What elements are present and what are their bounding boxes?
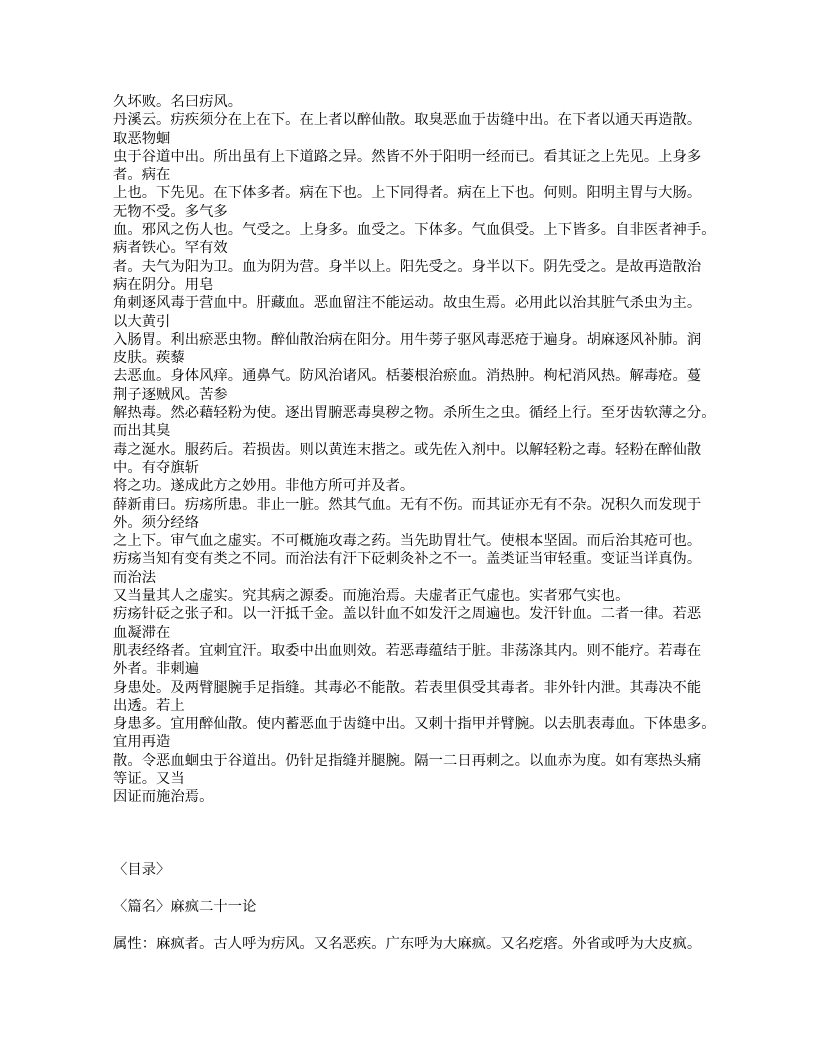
text-line: 散。令恶血蛔虫于谷道出。仍针足指缝并腿腕。隔一二日再刺之。以血赤为度。如有寒热头…: [113, 752, 753, 770]
text-line: 上也。下先见。在下体多者。病在下也。上下同得者。病在上下也。何则。阳明主胃与大肠…: [113, 184, 753, 202]
text-line: 外。须分经络: [113, 514, 753, 532]
section-gap: [113, 807, 753, 862]
text-line: 久坏败。名曰疠风。: [113, 93, 753, 111]
text-line: 因证而施治焉。: [113, 788, 753, 806]
toc-marker: 〈目录〉: [113, 861, 753, 879]
document-page: 久坏败。名曰疠风。丹溪云。疠疾须分在上在下。在上者以醉仙散。取臭恶血于齿缝中出。…: [113, 93, 753, 953]
text-line: 等证。又当: [113, 770, 753, 788]
text-line: 而治法: [113, 569, 753, 587]
text-line: 丹溪云。疠疾须分在上在下。在上者以醉仙散。取臭恶血于齿缝中出。在下者以通天再造散…: [113, 111, 753, 129]
text-line: 疠疡针砭之张子和。以一汗抵千金。盖以针血不如发汗之周遍也。发汗针血。二者一律。若…: [113, 605, 753, 623]
text-line: 血凝滞在: [113, 624, 753, 642]
text-line: 肌表经络者。宜刺宜汗。取委中出血则效。若恶毒蕴结于脏。非荡涤其内。则不能疗。若毒…: [113, 642, 753, 660]
text-line: 宜用再造: [113, 733, 753, 751]
text-line: 去恶血。身体风痒。通鼻气。防风治诸风。栝蒌根治瘀血。消热肿。枸杞消风热。解毒疮。…: [113, 367, 753, 385]
text-line: 荆子逐贼风。苦参: [113, 386, 753, 404]
text-line: 虫于谷道中出。所出虽有上下道路之异。然皆不外于阳明一经而已。看其证之上先见。上身…: [113, 148, 753, 166]
text-line: 外者。非刺遍: [113, 660, 753, 678]
document-body: 久坏败。名曰疠风。丹溪云。疠疾须分在上在下。在上者以醉仙散。取臭恶血于齿缝中出。…: [113, 93, 753, 807]
line-gap: [113, 880, 753, 898]
text-line: 者。夫气为阳为卫。血为阴为营。身半以上。阳先受之。身半以下。阴先受之。是故再造散…: [113, 258, 753, 276]
text-line: 毒之涎水。服药后。若损齿。则以黄连末揩之。或先佐入剂中。以解轻粉之毒。轻粉在醉仙…: [113, 441, 753, 459]
text-line: 取恶物蛔: [113, 130, 753, 148]
text-line: 而出其臭: [113, 422, 753, 440]
text-line: 者。病在: [113, 166, 753, 184]
text-line: 薛新甫曰。疠疡所患。非止一脏。然其气血。无有不伤。而其证亦无有不杂。况积久而发现…: [113, 496, 753, 514]
text-line: 血。邪风之伤人也。气受之。上身多。血受之。下体多。气血俱受。上下皆多。自非医者神…: [113, 221, 753, 239]
text-line: 角刺逐风毒于营血中。肝藏血。恶血留注不能运动。故虫生焉。必用此以治其脏气杀虫为主…: [113, 294, 753, 312]
attribute-line: 属性：麻疯者。古人呼为疠风。又名恶疾。广东呼为大麻疯。又名疙瘩。外省或呼为大皮疯…: [113, 935, 753, 953]
text-line: 又当量其人之虚实。究其病之源委。而施治焉。夫虚者正气虚也。实者邪气实也。: [113, 587, 753, 605]
text-line: 将之功。遂成此方之妙用。非他方所可并及者。: [113, 477, 753, 495]
text-line: 身患多。宜用醉仙散。使内蓄恶血于齿缝中出。又刺十指甲并臂腕。以去肌表毒血。下体患…: [113, 715, 753, 733]
text-line: 病在阴分。用皂: [113, 276, 753, 294]
text-line: 以大黄引: [113, 313, 753, 331]
text-line: 入肠胃。利出瘀恶虫物。醉仙散治病在阳分。用牛蒡子驱风毒恶疮于遍身。胡麻逐风补肺。…: [113, 331, 753, 349]
text-line: 解热毒。然必藉轻粉为使。逐出胃腑恶毒臭秽之物。杀所生之虫。循经上行。至牙齿软薄之…: [113, 404, 753, 422]
text-line: 之上下。审气血之虚实。不可概施攻毒之药。当先助胃壮气。使根本坚固。而后治其疮可也…: [113, 532, 753, 550]
text-line: 病者铁心。罕有效: [113, 239, 753, 257]
section-title: 〈篇名〉麻疯二十一论: [113, 898, 753, 916]
line-gap: [113, 916, 753, 934]
text-line: 皮肤。蒺藜: [113, 349, 753, 367]
text-line: 疠疡当知有变有类之不同。而治法有汗下砭刺灸补之不一。盖类证当审轻重。变证当详真伪…: [113, 550, 753, 568]
text-line: 出透。若上: [113, 697, 753, 715]
text-line: 无物不受。多气多: [113, 203, 753, 221]
text-line: 身患处。及两臂腿腕手足指缝。其毒必不能散。若表里俱受其毒者。非外针内泄。其毒决不…: [113, 679, 753, 697]
text-line: 中。有夺旗斩: [113, 459, 753, 477]
